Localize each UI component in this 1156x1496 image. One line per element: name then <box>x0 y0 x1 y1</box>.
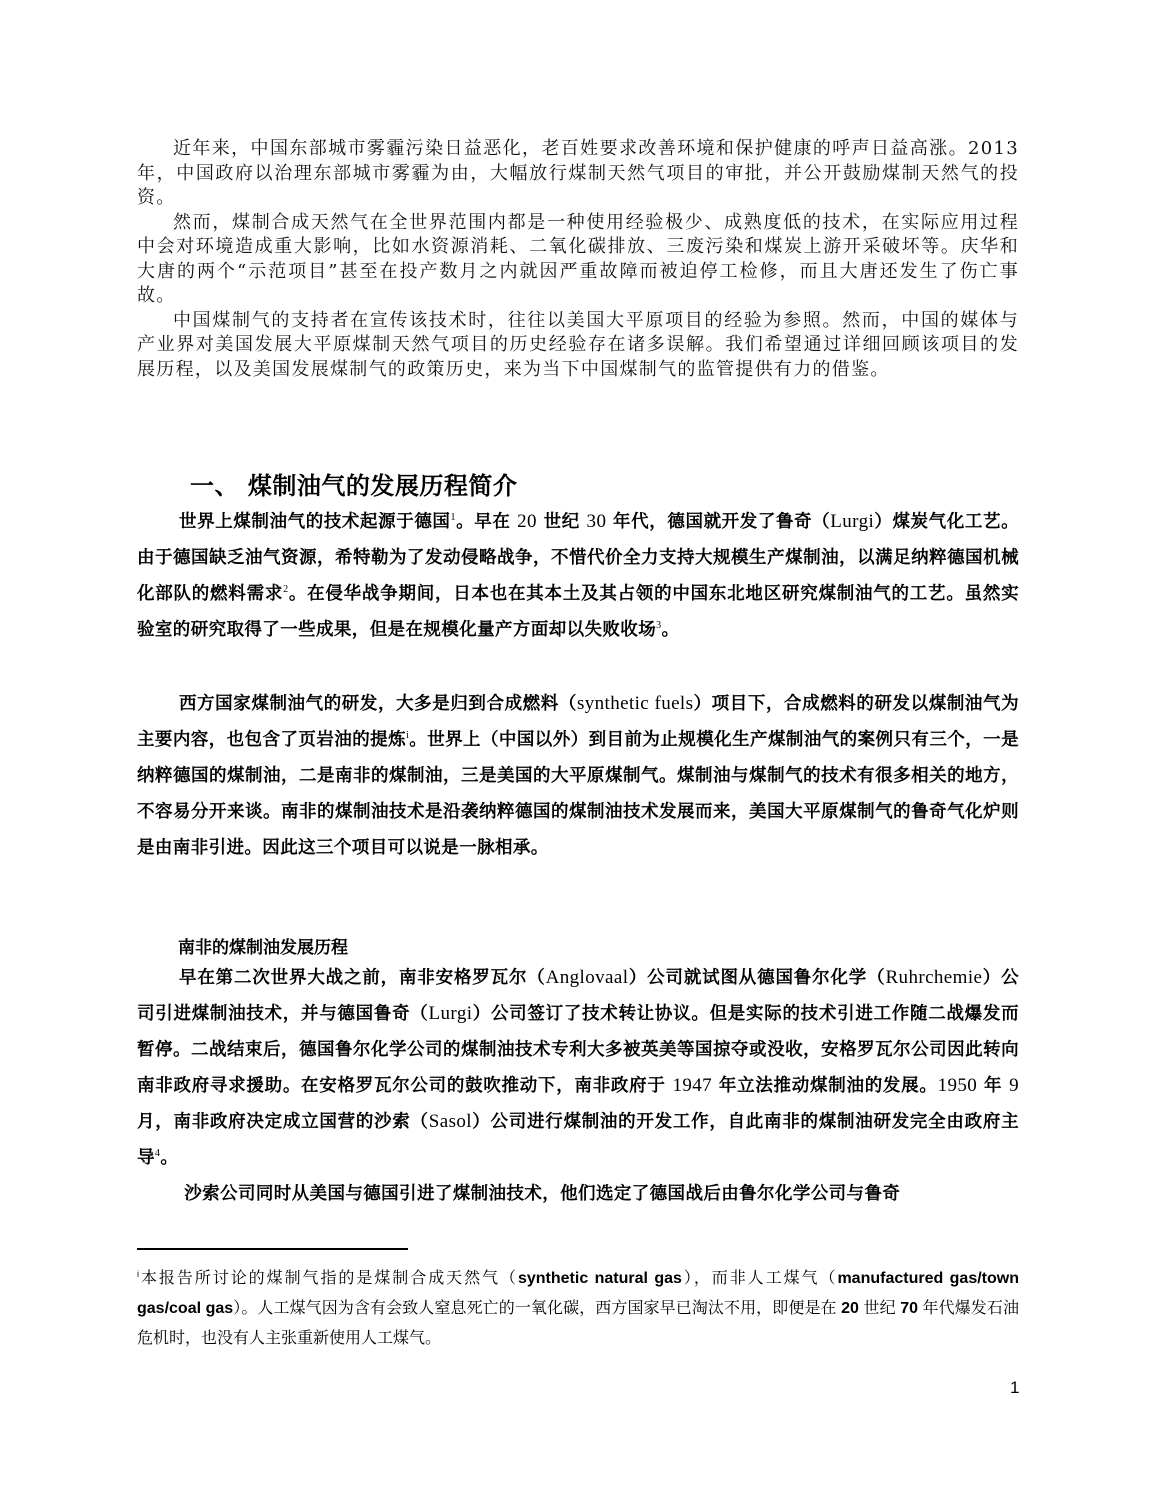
intro-paragraph-3: 中国煤制气的支持者在宣传该技术时，往往以美国大平原项目的经验为参照。然而，中国的… <box>137 309 1019 383</box>
section-heading-1: 一、 煤制油气的发展历程简介 <box>190 466 517 501</box>
section2-body: 早在第二次世界大战之前，南非安格罗瓦尔（Anglovaal）公司就试图从德国鲁尔… <box>137 960 1019 1212</box>
section1-paragraph-1: 世界上煤制油气的技术起源于德国1。早在 20 世纪 30 年代，德国就开发了鲁奇… <box>137 504 1019 648</box>
document-page: 近年来，中国东部城市雾霾污染日益恶化，老百姓要求改善环境和保护健康的呼声日益高涨… <box>0 0 1156 1496</box>
intro-section: 近年来，中国东部城市雾霾污染日益恶化，老百姓要求改善环境和保护健康的呼声日益高涨… <box>137 137 1019 382</box>
section1-paragraph-2: 西方国家煤制油气的研发，大多是归到合成燃料（synthetic fuels）项目… <box>137 686 1019 866</box>
intro-paragraph-1: 近年来，中国东部城市雾霾污染日益恶化，老百姓要求改善环境和保护健康的呼声日益高涨… <box>137 137 1019 211</box>
section2-paragraph-2: 沙索公司同时从美国与德国引进了煤制油技术，他们选定了德国战后由鲁尔化学公司与鲁奇 <box>137 1176 1019 1212</box>
subsection-heading: 南非的煤制油发展历程 <box>178 933 348 958</box>
footnote-i: i本报告所讨论的煤制气指的是煤制合成天然气（synthetic natural … <box>137 1264 1019 1354</box>
page-number: 1 <box>1010 1378 1019 1398</box>
footnote-separator <box>137 1248 408 1250</box>
intro-paragraph-2: 然而，煤制合成天然气在全世界范围内都是一种使用经验极少、成熟度低的技术，在实际应… <box>137 211 1019 309</box>
section2-paragraph-1: 早在第二次世界大战之前，南非安格罗瓦尔（Anglovaal）公司就试图从德国鲁尔… <box>137 960 1019 1176</box>
